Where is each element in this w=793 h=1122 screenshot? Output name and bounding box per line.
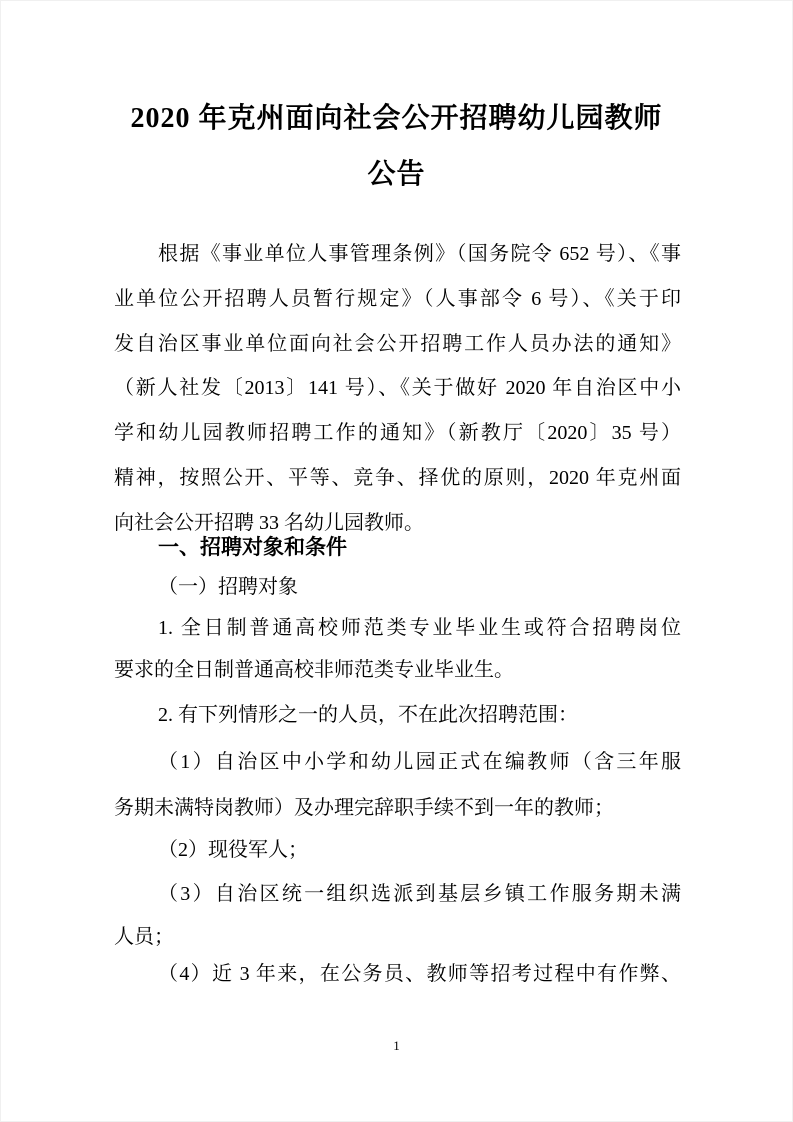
sub-item-4-line-1: （4）近 3 年来，在公务员、教师等招考过程中有作弊、 [114,959,681,989]
sub-item-3-line-1: （3）自治区统一组织选派到基层乡镇工作服务期未满 [114,879,681,909]
section-heading: 一、招聘对象和条件 [114,533,681,563]
intro-line-1: 根据《事业单位人事管理条例》（国务院令 652 号）、《事 [114,239,681,269]
sub-item-3-line-2: 人员； [114,922,681,952]
doc-title-line-2: 公告 [1,155,792,195]
intro-line-5: 学和幼儿园教师招聘工作的通知》（新教厅〔2020〕35 号） [114,418,681,448]
item2-line: 2. 有下列情形之一的人员，不在此次招聘范围： [114,700,681,730]
subsection-heading: （一）招聘对象 [114,572,681,602]
intro-line-3: 发自治区事业单位面向社会公开招聘工作人员办法的通知》 [114,329,681,359]
item1-line-1: 1. 全日制普通高校师范类专业毕业生或符合招聘岗位 [114,613,681,643]
intro-line-2: 业单位公开招聘人员暂行规定》（人事部令 6 号）、《关于印 [114,284,681,314]
doc-title-line-1: 2020 年克州面向社会公开招聘幼儿园教师 [1,99,792,139]
sub-item-1-line-2: 务期未满特岗教师）及办理完辞职手续不到一年的教师； [114,793,681,823]
sub-item-1-line-1: （1）自治区中小学和幼儿园正式在编教师（含三年服 [114,747,681,777]
document-page: 2020 年克州面向社会公开招聘幼儿园教师 公告 根据《事业单位人事管理条例》（… [0,0,793,1122]
intro-line-6: 精神，按照公开、平等、竞争、择优的原则，2020 年克州面 [114,463,681,493]
page-number: 1 [1,1037,792,1055]
item1-line-2: 要求的全日制普通高校非师范类专业毕业生。 [114,655,681,685]
sub-item-2-line-1: （2）现役军人； [114,835,681,865]
intro-line-4: （新人社发〔2013〕141 号）、《关于做好 2020 年自治区中小 [114,373,681,403]
